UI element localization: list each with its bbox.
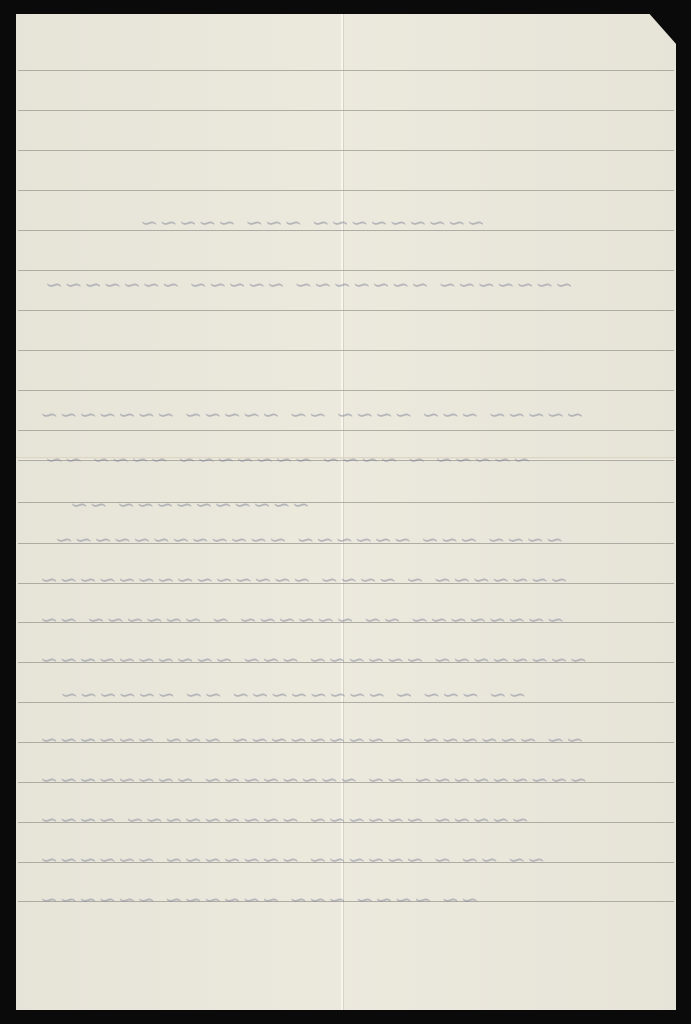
ruled-line <box>18 430 674 431</box>
ruled-line <box>18 350 674 351</box>
handwriting-line: ~~ ~~~~~~ ~ ~~~~~~ ~~ ~~~~~~~~ <box>40 607 566 632</box>
ruled-line <box>18 390 674 391</box>
ruled-line <box>18 310 674 311</box>
handwriting-line: ~~~~~ ~~~ ~~~~~~~~~ <box>140 210 486 235</box>
ruled-line <box>18 150 674 151</box>
handwriting-line: ~~~~~~ ~~~ ~~~~~~~~ ~ ~~~~~~ ~~ <box>40 727 585 752</box>
handwriting-line: ~~~~~~~~~~ ~~~ ~~~~~~ ~~~~~~~~ <box>40 647 589 672</box>
handwriting-line: ~~~~~~ ~~~~~~ ~~~ ~~~~ ~~ <box>40 887 480 912</box>
ruled-line <box>18 190 674 191</box>
handwriting-line: ~~~~~~~~ ~~~~~~~~ ~~ ~~~~~~~~~ <box>40 767 589 792</box>
handwriting-line: ~~~~~~ ~~~~~~~ ~~~~~~ ~ ~~ ~~ <box>40 847 546 872</box>
handwriting-line: ~~~~~~ ~~ ~~~~~~~~ ~ ~~~ ~~ <box>60 682 528 707</box>
handwriting-line: ~~~~ ~~~~~~~~~ ~~~~~~ ~~~~~ <box>40 807 530 832</box>
ruled-line <box>18 270 674 271</box>
handwriting-line: ~~ ~~~~~~~~~~ <box>70 492 311 517</box>
handwriting-line: ~~~~~~~~~~~~~~ ~~~~ ~ ~~~~~~~ <box>40 567 569 592</box>
handwriting-line: ~~ ~~~~ ~~~~~~~ ~~~~ ~ ~~~~~ <box>45 447 532 472</box>
handwriting-line: ~~~~~~~~~~~~ ~~~~~~ ~~~ ~~~~ <box>55 527 565 552</box>
ruled-line <box>18 70 674 71</box>
ruled-line <box>18 110 674 111</box>
handwriting-line: ~~~~~~~ ~~~~~ ~~~~~~~ ~~~~~~~ <box>45 272 574 297</box>
handwriting-line: ~~~~~~~ ~~~~~ ~~ ~~~~ ~~~ ~~~~~ <box>40 402 585 427</box>
